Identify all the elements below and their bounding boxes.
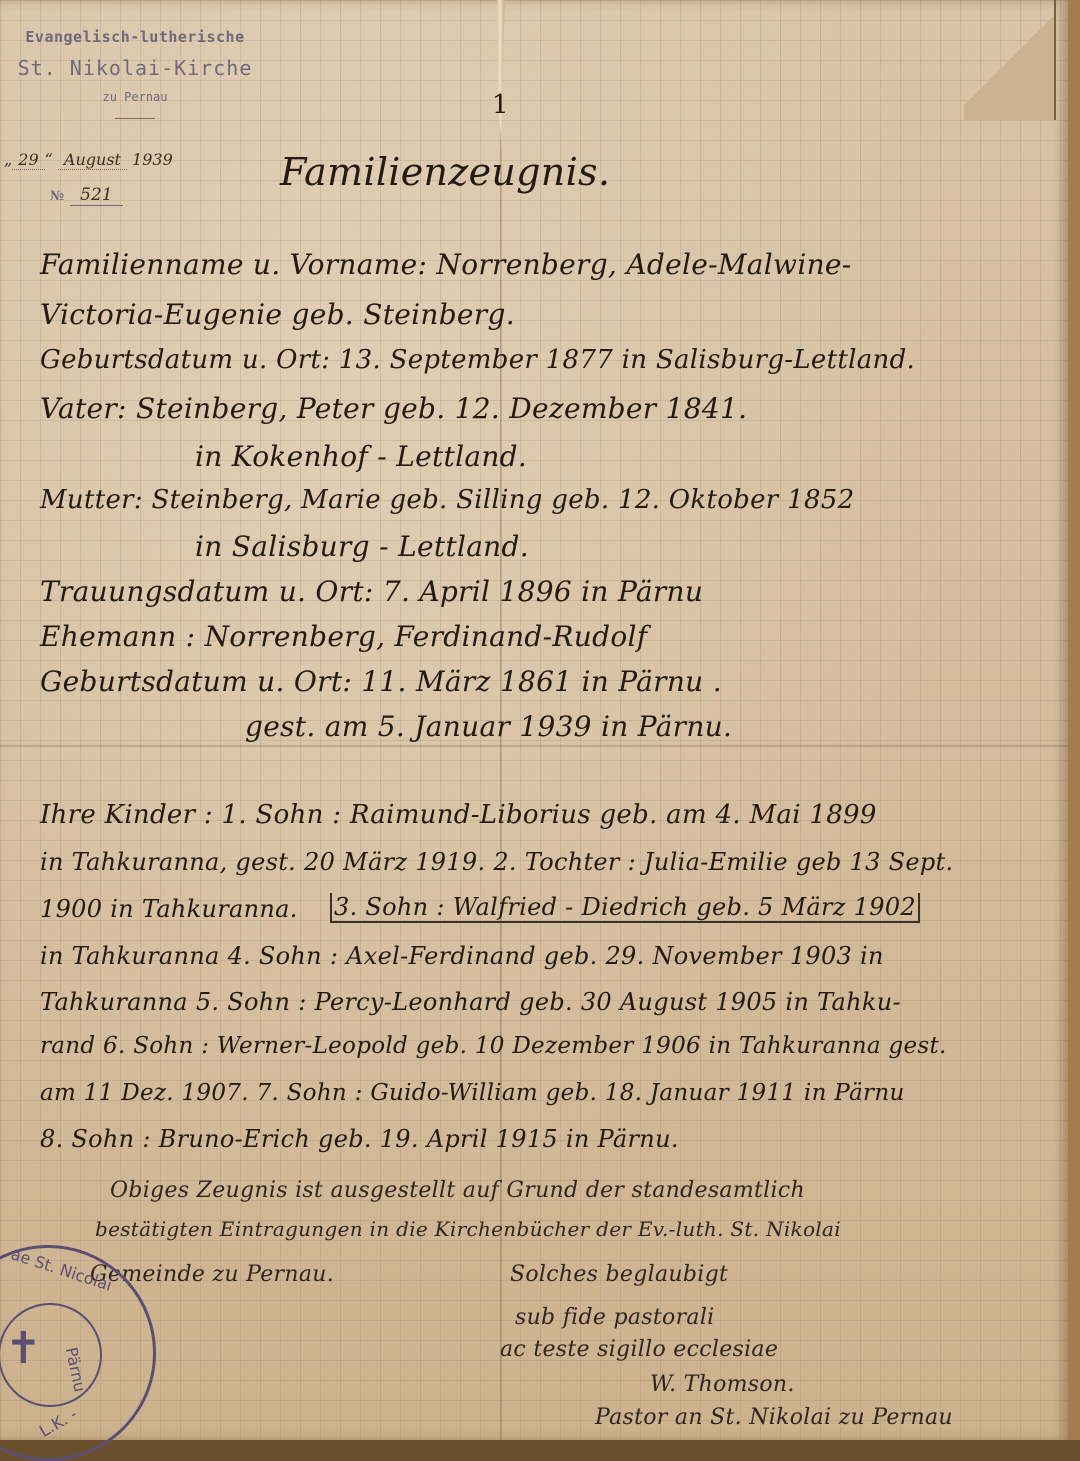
seal-bottom-text: L.K. - — [36, 1404, 81, 1440]
entry-marriage: Trauungsdatum u. Ort: 7. April 1896 in P… — [40, 575, 703, 608]
issue-date: „29“ August 1939 — [4, 150, 173, 169]
stamp-line-3: zu Pernau — [10, 90, 260, 104]
number-label: № — [50, 189, 64, 204]
children-line-1: Ihre Kinder : 1. Sohn : Raimund-Liborius… — [40, 800, 877, 830]
entry-name: Familienname u. Vorname: Norrenberg, Ade… — [40, 248, 852, 281]
children-line-4: in Tahkuranna 4. Sohn : Axel-Ferdinand g… — [40, 942, 884, 970]
attest-line-1: Solches beglaubigt — [510, 1262, 728, 1287]
entry-mother-place: in Salisburg - Lettland. — [195, 530, 529, 563]
attest-line-2: sub fide pastorali — [515, 1305, 715, 1330]
stamp-line-1: Evangelisch-lutherische — [10, 28, 260, 46]
entry-father: Vater: Steinberg, Peter geb. 12. Dezembe… — [40, 392, 747, 425]
children-line-6: rand 6. Sohn : Werner-Leopold geb. 10 De… — [40, 1033, 947, 1059]
children-line-7: am 11 Dez. 1907. 7. Sohn : Guido-William… — [40, 1080, 905, 1106]
horizontal-fold — [0, 745, 1068, 747]
document-paper: 1 Evangelisch-lutherische St. Nikolai-Ki… — [0, 0, 1068, 1440]
stamp-line-2: St. Nikolai-Kirche — [10, 56, 260, 80]
footer-line-1: Obiges Zeugnis ist ausgestellt auf Grund… — [110, 1178, 805, 1203]
issue-day: 29 — [12, 150, 44, 170]
entry-mother: Mutter: Steinberg, Marie geb. Silling ge… — [40, 485, 854, 515]
entry-husband-birth: Geburtsdatum u. Ort: 11. März 1861 in Pä… — [40, 665, 722, 698]
attest-line-3: ac teste sigillo ecclesiae — [500, 1337, 778, 1362]
issue-year: 39 — [152, 150, 172, 169]
children-line-3a: 1900 in Tahkuranna. — [40, 895, 298, 923]
number-value: 521 — [70, 185, 122, 206]
pastor-title: Pastor an St. Nikolai zu Pernau — [595, 1405, 953, 1430]
document-number: №521 — [50, 185, 123, 205]
entry-birth: Geburtsdatum u. Ort: 13. September 1877 … — [40, 345, 915, 375]
children-line-3b-highlighted: 3. Sohn : Walfried - Diedrich geb. 5 Mär… — [330, 893, 920, 923]
entry-name-cont: Victoria-Eugenie geb. Steinberg. — [40, 298, 515, 331]
seal-top-text: ae St. Nicolai — [9, 1244, 115, 1295]
children-line-8: 8. Sohn : Bruno-Erich geb. 19. April 191… — [40, 1125, 679, 1153]
page-mark: 1 — [492, 90, 509, 120]
stamp-rule — [115, 118, 155, 119]
entry-husband: Ehemann : Norrenberg, Ferdinand-Rudolf — [40, 620, 647, 653]
entry-husband-death: gest. am 5. Januar 1939 in Pärnu. — [245, 710, 732, 743]
children-line-5: Tahkuranna 5. Sohn : Percy-Leonhard geb.… — [40, 988, 901, 1016]
footer-line-2: bestätigten Eintragungen in die Kirchenb… — [95, 1217, 841, 1241]
children-line-2: in Tahkuranna, gest. 20 März 1919. 2. To… — [40, 848, 953, 876]
folded-corner — [964, 0, 1056, 120]
church-stamp-header: Evangelisch-lutherische St. Nikolai-Kirc… — [10, 28, 260, 119]
document-title: Familienzeugnis. — [280, 150, 610, 194]
cross-icon: ✝ — [5, 1323, 42, 1374]
issue-month: August — [58, 150, 127, 170]
entry-father-place: in Kokenhof - Lettland. — [195, 440, 527, 473]
signature: W. Thomson. — [650, 1372, 795, 1397]
